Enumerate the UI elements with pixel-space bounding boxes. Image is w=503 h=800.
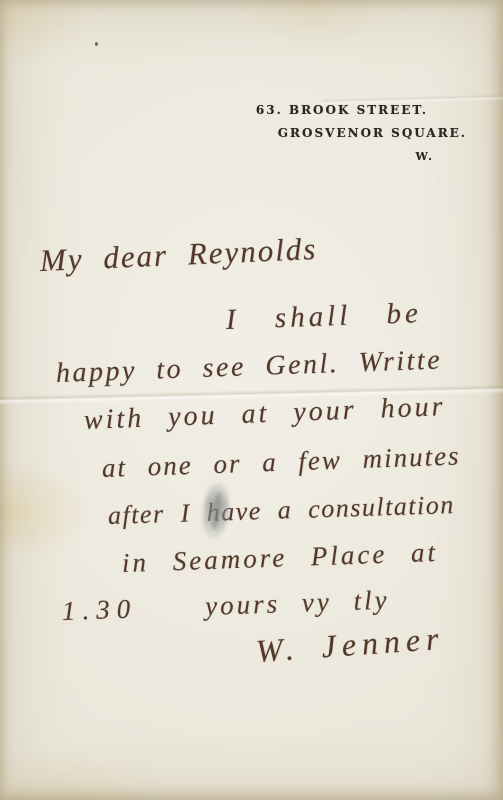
letterhead-district-line: W. <box>256 145 467 168</box>
body-line-1: I shall be <box>225 297 422 337</box>
time-text: 1.30 <box>61 593 137 626</box>
letterhead-square-line: GROSVENOR SQUARE. <box>256 122 467 145</box>
letter-photo: 63. BROOK STREET. GROSVENOR SQUARE. W. M… <box>0 0 503 800</box>
valediction-text: yours vy tly <box>205 585 390 621</box>
letterhead: 63. BROOK STREET. GROSVENOR SQUARE. W. <box>256 99 467 168</box>
letterhead-street-line: 63. BROOK STREET. <box>256 99 467 122</box>
paper-speck <box>95 42 98 46</box>
